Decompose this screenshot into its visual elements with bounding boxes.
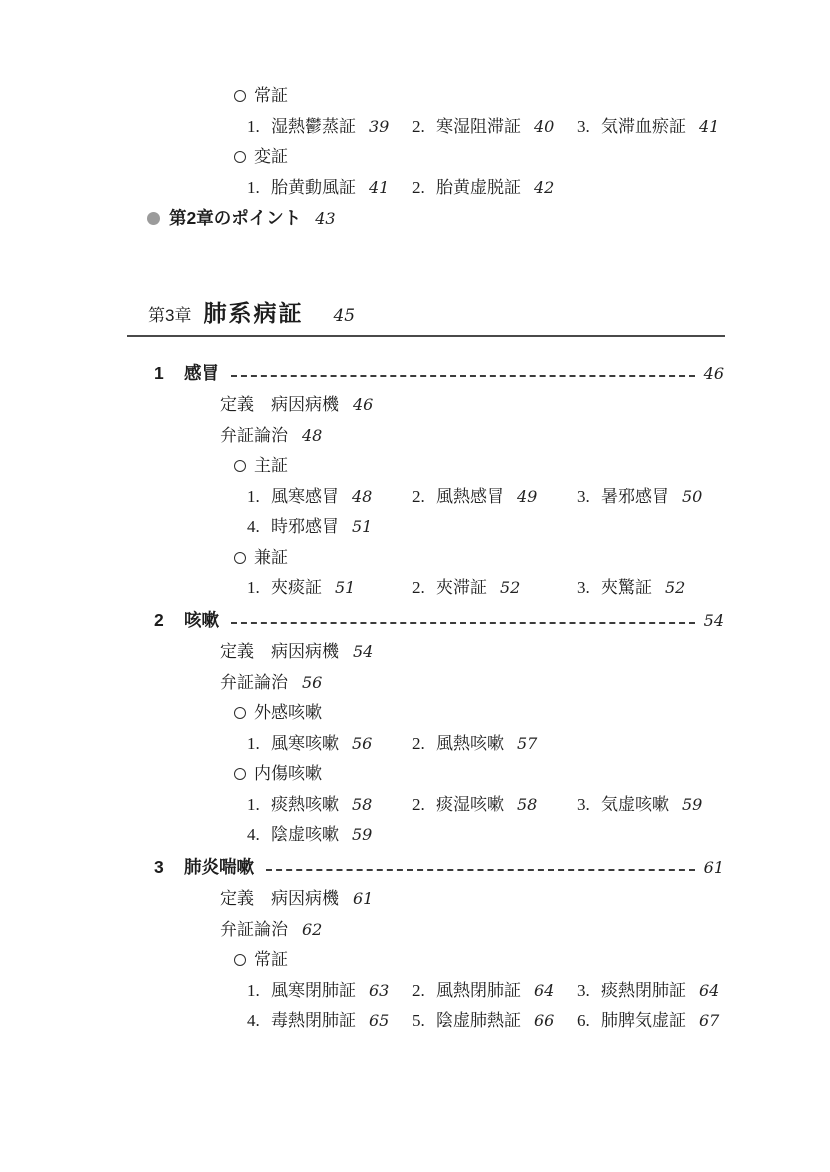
entry-page-number: 39	[369, 117, 389, 136]
subentry-page-number: 56	[302, 673, 322, 692]
chapter-heading-block: 第3章肺系病証45	[127, 298, 725, 337]
toc-entry: 1.胎黄動風証41	[247, 178, 389, 198]
toc-group-heading: 外感咳嗽	[0, 703, 830, 723]
entry-page-number: 59	[352, 825, 372, 844]
subentry-page-number: 54	[353, 642, 373, 661]
subentry-page-number: 46	[353, 395, 373, 414]
entry-number: 2.	[412, 178, 436, 198]
entry-page-number: 57	[517, 734, 537, 753]
entry-label: 陰虚肺熱証	[436, 1011, 521, 1030]
toc-entry: 3.夾驚証52	[577, 578, 685, 598]
entry-page-number: 52	[500, 578, 520, 597]
toc-entry: 3.暑邪感冒50	[577, 487, 702, 507]
toc-item-row: 1.風寒閉肺証632.風熱閉肺証643.痰熱閉肺証64	[0, 981, 830, 1001]
entry-number: 4.	[247, 517, 271, 537]
circle-marker-icon	[234, 768, 246, 780]
toc-item-row: 4.毒熱閉肺証655.陰虚肺熱証666.肺脾気虚証67	[0, 1011, 830, 1031]
entry-page-number: 48	[352, 487, 372, 506]
entry-number: 1.	[247, 487, 271, 507]
entry-label: 肺脾気虚証	[601, 1011, 686, 1030]
toc-entry: 4.毒熱閉肺証65	[247, 1011, 389, 1031]
entry-number: 1.	[247, 178, 271, 198]
entry-page-number: 63	[369, 981, 389, 1000]
toc-group-heading: 主証	[0, 456, 830, 476]
entry-page-number: 56	[352, 734, 372, 753]
section-page-number: 61	[704, 858, 724, 878]
entry-label: 風寒感冒	[271, 487, 339, 506]
points-label: 第2章のポイント	[169, 208, 301, 228]
entry-label: 時邪感冒	[271, 517, 339, 536]
dotted-leader-line	[231, 622, 695, 624]
toc-item-row: 4.陰虚咳嗽59	[0, 825, 830, 845]
toc-item-row: 1.夾痰証512.夾滞証523.夾驚証52	[0, 578, 830, 598]
entry-label: 痰熱咳嗽	[271, 795, 339, 814]
toc-group-heading: 変証	[0, 147, 830, 167]
circle-marker-icon	[234, 90, 246, 102]
entry-label: 風寒閉肺証	[271, 981, 356, 1000]
entry-page-number: 58	[352, 795, 372, 814]
entry-label: 暑邪感冒	[601, 487, 669, 506]
dotted-leader-line	[231, 375, 695, 377]
section-page-number: 46	[704, 364, 724, 384]
entry-page-number: 59	[682, 795, 702, 814]
entry-page-number: 52	[665, 578, 685, 597]
section-label: 肺炎喘嗽	[184, 857, 254, 877]
toc-item-row: 1.胎黄動風証412.胎黄虚脱証42	[0, 178, 830, 198]
entry-page-number: 65	[369, 1011, 389, 1030]
circle-marker-icon	[234, 460, 246, 472]
entry-number: 6.	[577, 1011, 601, 1031]
toc-section-entry: 2咳嗽54	[0, 610, 724, 630]
entry-number: 1.	[247, 795, 271, 815]
entry-number: 2.	[412, 578, 436, 598]
toc-entry: 2.風熱咳嗽57	[412, 734, 537, 754]
toc-item-row: 4.時邪感冒51	[0, 517, 830, 537]
points-page-number: 43	[315, 209, 335, 228]
subentry-label: 弁証論治	[220, 920, 288, 939]
toc-entry: 1.風寒咳嗽56	[247, 734, 372, 754]
chapter-page-number: 45	[333, 301, 355, 331]
entry-number: 3.	[577, 578, 601, 598]
section-page-number: 54	[704, 611, 724, 631]
entry-number: 4.	[247, 825, 271, 845]
chapter-heading: 第3章肺系病証45	[127, 298, 725, 328]
toc-section-entry: 3肺炎喘嗽61	[0, 857, 724, 877]
entry-page-number: 41	[699, 117, 719, 136]
toc-subentry: 定義 病因病機54	[0, 642, 830, 662]
group-label: 外感咳嗽	[254, 703, 322, 722]
entry-number: 2.	[412, 795, 436, 815]
toc-entry: 4.時邪感冒51	[247, 517, 372, 537]
entry-label: 風寒咳嗽	[271, 734, 339, 753]
section-label: 咳嗽	[184, 610, 219, 630]
toc-item-row: 1.湿熱鬱蒸証392.寒湿阻滞証403.気滞血瘀証41	[0, 117, 830, 137]
toc-entry: 2.風熱閉肺証64	[412, 981, 554, 1001]
toc-entry: 3.気虚咳嗽59	[577, 795, 702, 815]
chapter-number: 第3章	[148, 301, 191, 331]
entry-page-number: 64	[699, 981, 719, 1000]
toc-entry: 5.陰虚肺熱証66	[412, 1011, 554, 1031]
entry-label: 風熱感冒	[436, 487, 504, 506]
toc-entry: 1.夾痰証51	[247, 578, 355, 598]
toc-entry: 6.肺脾気虚証67	[577, 1011, 719, 1031]
entry-number: 2.	[412, 117, 436, 137]
toc-item-row: 1.痰熱咳嗽582.痰湿咳嗽583.気虚咳嗽59	[0, 795, 830, 815]
toc-entry: 1.風寒閉肺証63	[247, 981, 389, 1001]
group-label: 常証	[254, 950, 288, 969]
subentry-label: 定義 病因病機	[220, 642, 339, 661]
entry-label: 夾滞証	[436, 578, 487, 597]
entry-number: 1.	[247, 578, 271, 598]
group-label: 内傷咳嗽	[254, 764, 322, 783]
group-label: 兼証	[254, 548, 288, 567]
toc-item-row: 1.風寒感冒482.風熱感冒493.暑邪感冒50	[0, 487, 830, 507]
entry-page-number: 64	[534, 981, 554, 1000]
circle-marker-icon	[234, 707, 246, 719]
chapter-points-entry: 第2章のポイント43	[0, 208, 830, 228]
entry-number: 3.	[577, 795, 601, 815]
entry-label: 痰熱閉肺証	[601, 981, 686, 1000]
toc-entry: 1.痰熱咳嗽58	[247, 795, 372, 815]
entry-label: 気滞血瘀証	[601, 117, 686, 136]
entry-page-number: 50	[682, 487, 702, 506]
entry-label: 夾驚証	[601, 578, 652, 597]
entry-label: 痰湿咳嗽	[436, 795, 504, 814]
entry-page-number: 41	[369, 178, 389, 197]
toc-page: 常証1.湿熱鬱蒸証392.寒湿阻滞証403.気滞血瘀証41変証1.胎黄動風証41…	[0, 0, 830, 1172]
entry-label: 風熱咳嗽	[436, 734, 504, 753]
group-label: 主証	[254, 456, 288, 475]
entry-label: 毒熱閉肺証	[271, 1011, 356, 1030]
entry-page-number: 40	[534, 117, 554, 136]
entry-number: 2.	[412, 981, 436, 1001]
toc-entry: 2.胎黄虚脱証42	[412, 178, 554, 198]
entry-label: 胎黄虚脱証	[436, 178, 521, 197]
toc-group-heading: 内傷咳嗽	[0, 764, 830, 784]
subentry-label: 弁証論治	[220, 426, 288, 445]
group-label: 常証	[254, 86, 288, 105]
entry-page-number: 51	[352, 517, 372, 536]
entry-number: 2.	[412, 734, 436, 754]
toc-item-row: 1.風寒咳嗽562.風熱咳嗽57	[0, 734, 830, 754]
group-label: 変証	[254, 147, 288, 166]
entry-label: 風熱閉肺証	[436, 981, 521, 1000]
subentry-label: 定義 病因病機	[220, 889, 339, 908]
toc-section-entry: 1感冒46	[0, 363, 724, 383]
section-number: 2	[154, 610, 184, 630]
toc-entry: 2.寒湿阻滞証40	[412, 117, 554, 137]
entry-label: 湿熱鬱蒸証	[271, 117, 356, 136]
circle-marker-icon	[234, 151, 246, 163]
entry-page-number: 42	[534, 178, 554, 197]
section-label: 感冒	[184, 363, 219, 383]
entry-page-number: 58	[517, 795, 537, 814]
entry-label: 気虚咳嗽	[601, 795, 669, 814]
entry-number: 5.	[412, 1011, 436, 1031]
toc-subentry: 弁証論治48	[0, 426, 830, 446]
entry-number: 1.	[247, 117, 271, 137]
toc-group-heading: 兼証	[0, 548, 830, 568]
toc-subentry: 弁証論治56	[0, 673, 830, 693]
dotted-leader-line	[266, 869, 695, 871]
subentry-page-number: 61	[353, 889, 373, 908]
entry-label: 陰虚咳嗽	[271, 825, 339, 844]
toc-entry: 2.夾滞証52	[412, 578, 520, 598]
circle-marker-icon	[234, 954, 246, 966]
section-number: 1	[154, 363, 184, 383]
toc-entry: 1.風寒感冒48	[247, 487, 372, 507]
entry-page-number: 66	[534, 1011, 554, 1030]
subentry-page-number: 62	[302, 920, 322, 939]
entry-page-number: 49	[517, 487, 537, 506]
entry-label: 寒湿阻滞証	[436, 117, 521, 136]
entry-number: 2.	[412, 487, 436, 507]
entry-page-number: 51	[335, 578, 355, 597]
entry-number: 1.	[247, 734, 271, 754]
entry-label: 夾痰証	[271, 578, 322, 597]
entry-page-number: 67	[699, 1011, 719, 1030]
entry-label: 胎黄動風証	[271, 178, 356, 197]
entry-number: 3.	[577, 981, 601, 1001]
subentry-label: 定義 病因病機	[220, 395, 339, 414]
subentry-page-number: 48	[302, 426, 322, 445]
toc-subentry: 弁証論治62	[0, 920, 830, 940]
subentry-label: 弁証論治	[220, 673, 288, 692]
toc-entry: 4.陰虚咳嗽59	[247, 825, 372, 845]
toc-entry: 1.湿熱鬱蒸証39	[247, 117, 389, 137]
toc-subentry: 定義 病因病機61	[0, 889, 830, 909]
toc-entry: 3.痰熱閉肺証64	[577, 981, 719, 1001]
toc-entry: 2.風熱感冒49	[412, 487, 537, 507]
bullet-icon	[147, 212, 160, 225]
section-number: 3	[154, 857, 184, 877]
toc-group-heading: 常証	[0, 950, 830, 970]
entry-number: 3.	[577, 117, 601, 137]
entry-number: 3.	[577, 487, 601, 507]
toc-subentry: 定義 病因病機46	[0, 395, 830, 415]
toc-entry: 2.痰湿咳嗽58	[412, 795, 537, 815]
chapter-title: 肺系病証	[203, 298, 303, 328]
entry-number: 1.	[247, 981, 271, 1001]
toc-entry: 3.気滞血瘀証41	[577, 117, 719, 137]
toc-group-heading: 常証	[0, 86, 830, 106]
entry-number: 4.	[247, 1011, 271, 1031]
circle-marker-icon	[234, 552, 246, 564]
